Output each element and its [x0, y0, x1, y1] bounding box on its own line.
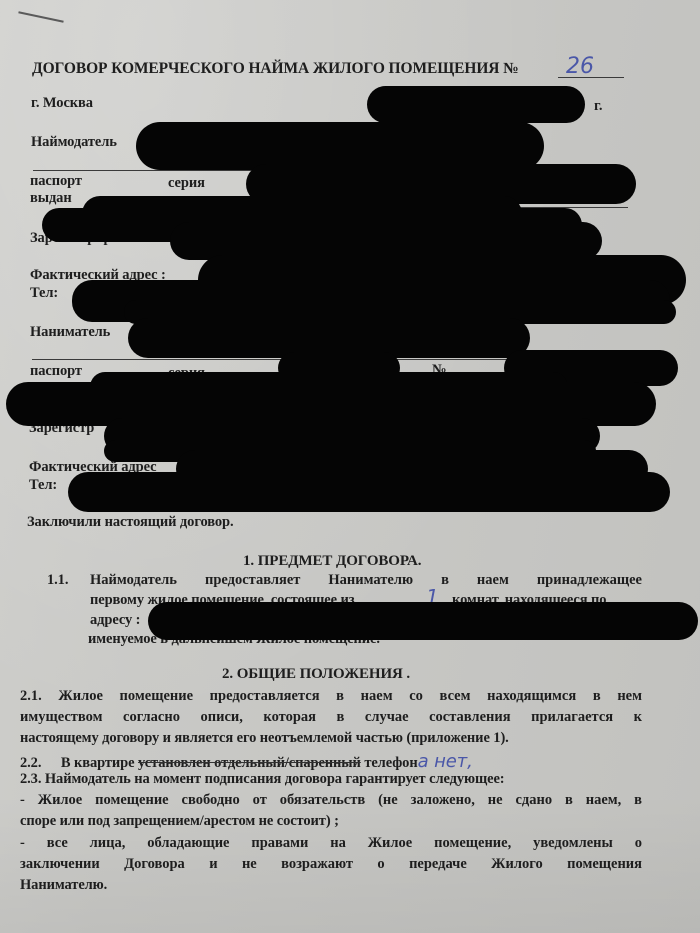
clause-2-2-number: 2.2.	[20, 755, 41, 771]
clause-2-3-bullet2-line3: Нанимателю.	[20, 877, 107, 894]
clause-2-3-bullet2-line2: заключении Договора и не возражают о пер…	[20, 856, 642, 873]
redaction-landlord-name	[136, 122, 544, 170]
redaction-tenant-phone	[68, 472, 670, 512]
landlord-phone-label: Тел:	[30, 285, 58, 302]
redaction-property-address	[148, 602, 698, 640]
landlord-passport-label: паспорт	[30, 173, 82, 190]
tenant-phone-label: Тел:	[29, 477, 57, 494]
clause-2-1-line3: настоящему договору и является его неотъ…	[20, 730, 509, 747]
contract-number: 26	[566, 54, 594, 79]
clause-2-1-line2: имуществом согласно описи, которая в слу…	[20, 709, 642, 726]
tenant-label: Наниматель	[30, 324, 110, 341]
clause-2-2-struck-text: установлен отдельный/спаренный	[138, 755, 361, 771]
redaction-date	[367, 86, 585, 123]
clause-2-1-line1: 2.1. Жилое помещение предоставляется в н…	[20, 688, 642, 705]
clause-2-3-line1: 2.3. Наймодатель на момент подписания до…	[20, 771, 505, 788]
date-suffix: г.	[594, 98, 602, 115]
clause-2-3-bullet2-line1: - все лица, обладающие правами на Жилое …	[20, 835, 642, 852]
clause-2-2-text-a: В квартире	[61, 755, 135, 771]
clause-2-3-bullet1-line2: споре или под запрещением/арестом не сос…	[20, 813, 339, 830]
tenant-passport-label: паспорт	[30, 363, 82, 380]
city-label: г. Москва	[31, 95, 93, 112]
landlord-series-label: серия	[168, 175, 205, 192]
phone-handwritten-note: а нет,	[418, 751, 473, 772]
document-title: ДОГОВОР КОМЕРЧЕСКОГО НАЙМА ЖИЛОГО ПОМЕЩЕ…	[32, 60, 519, 78]
paper-crease	[18, 11, 63, 23]
clause-1-1-line3: адресу :	[90, 612, 140, 629]
clause-2-3-bullet1-line1: - Жилое помещение свободно от обязательс…	[20, 792, 642, 809]
section-1-heading: 1. ПРЕДМЕТ ДОГОВОРА.	[243, 553, 421, 570]
clause-1-1-number: 1.1.	[47, 572, 68, 589]
clause-1-1-line1: Наймодатель предоставляет Нанимателю в н…	[90, 572, 642, 589]
landlord-issued-label: выдан	[30, 190, 72, 207]
concluded-text: Заключили настоящий договор.	[27, 514, 234, 531]
landlord-label: Наймодатель	[31, 134, 117, 151]
clause-2-2: 2.2. В квартире установлен отдельный/спа…	[20, 751, 473, 772]
clause-2-2-text-b: телефон	[364, 755, 417, 771]
section-2-heading: 2. ОБЩИЕ ПОЛОЖЕНИЯ .	[222, 666, 410, 683]
